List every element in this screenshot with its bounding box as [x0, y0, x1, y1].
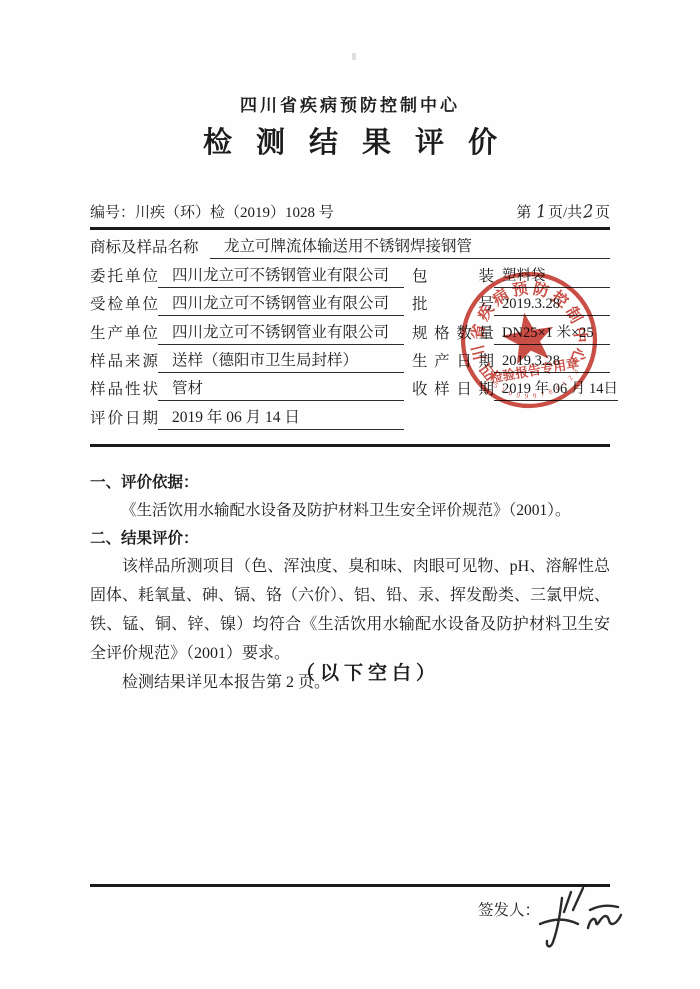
- page-suffix: 页: [595, 205, 610, 221]
- table-row: 评价日期 2019 年 06 月 14 日: [90, 401, 610, 429]
- row-value-right: 塑料袋: [494, 264, 610, 288]
- section-heading-basis: 一、评价依据：: [90, 470, 199, 492]
- row-value-right: 2019.3.28: [494, 353, 610, 373]
- row-label-right: 收样日期: [412, 377, 494, 401]
- row-value: 四川龙立可不锈钢管业有限公司: [158, 320, 404, 345]
- organization-title: 四川省疾病预防控制中心: [0, 91, 700, 116]
- scan-artifact: [352, 53, 356, 60]
- row-label: 生产单位: [90, 321, 158, 345]
- document-title: 检测结果评价: [0, 120, 700, 161]
- row-label: 委托单位: [90, 264, 158, 288]
- row-label: 商标及样品名称: [90, 235, 202, 259]
- row-value: 送样（德阳市卫生局封样）: [158, 348, 404, 373]
- row-value: 2019 年 06 月 14 日: [158, 405, 404, 430]
- table-row: 样品性状 管材 收样日期 2019 年 06 月 14日: [90, 373, 610, 401]
- page-indicator: 第 1页/共2页: [516, 201, 610, 222]
- row-value-right: 2019.3.28: [494, 296, 610, 316]
- reference-label: 编号：: [90, 205, 135, 221]
- row-value-right: 2019 年 06 月 14日: [494, 377, 618, 401]
- row-label: 受检单位: [90, 292, 158, 316]
- row-label-right: 生产日期: [412, 349, 494, 373]
- result-paragraph: 该样品所测项目（色、浑浊度、臭和味、肉眼可见物、pH、溶解性总固体、耗氧量、砷、…: [90, 552, 610, 668]
- table-row: 商标及样品名称 龙立可牌流体输送用不锈钢焊接钢管: [90, 231, 610, 259]
- row-label-right: 批号: [412, 292, 494, 316]
- table-row: 生产单位 四川龙立可不锈钢管业有限公司 规格数量 DN25×1 米×25: [90, 316, 610, 344]
- table-row: 受检单位 四川龙立可不锈钢管业有限公司 批号 2019.3.28: [90, 288, 610, 316]
- page-prefix: 第: [516, 205, 531, 221]
- row-value: 管材: [158, 376, 404, 401]
- report-page: 四川省疾病预防控制中心 检测结果评价 编号：川疾（环）检（2019）1028 号…: [0, 0, 700, 989]
- reference-number: 编号：川疾（环）检（2019）1028 号: [90, 201, 334, 222]
- row-label: 评价日期: [90, 406, 158, 430]
- row-label: 样品性状: [90, 377, 158, 401]
- page-current-handwritten: 1: [535, 201, 549, 223]
- reference-value: 川疾（环）检（2019）1028 号: [135, 205, 334, 221]
- blank-below-note: （以下空白）: [0, 658, 700, 685]
- section-heading-result: 二、结果评价：: [90, 526, 199, 548]
- row-label: 样品来源: [90, 349, 158, 373]
- page-mid: 页/共: [548, 205, 582, 221]
- row-value: 四川龙立可不锈钢管业有限公司: [158, 291, 404, 316]
- evaluation-basis-text: 《生活饮用水输配水设备及防护材料卫生安全评价规范》（2001）。: [121, 498, 571, 520]
- handwritten-signature: [524, 882, 644, 960]
- reference-row: 编号：川疾（环）检（2019）1028 号 第 1页/共2页: [90, 201, 610, 222]
- table-row: 委托单位 四川龙立可不锈钢管业有限公司 包装 塑料袋: [90, 259, 610, 287]
- sample-info-table: 商标及样品名称 龙立可牌流体输送用不锈钢焊接钢管 委托单位 四川龙立可不锈钢管业…: [90, 227, 610, 447]
- row-label-right: 规格数量: [412, 321, 494, 345]
- row-label-right: 包装: [412, 264, 494, 288]
- row-value-right: DN25×1 米×25: [494, 321, 610, 345]
- row-value: 龙立可牌流体输送用不锈钢焊接钢管: [210, 234, 610, 259]
- page-total-handwritten: 2: [582, 201, 596, 223]
- table-row: 样品来源 送样（德阳市卫生局封样） 生产日期 2019.3.28: [90, 345, 610, 373]
- row-value: 四川龙立可不锈钢管业有限公司: [158, 263, 404, 288]
